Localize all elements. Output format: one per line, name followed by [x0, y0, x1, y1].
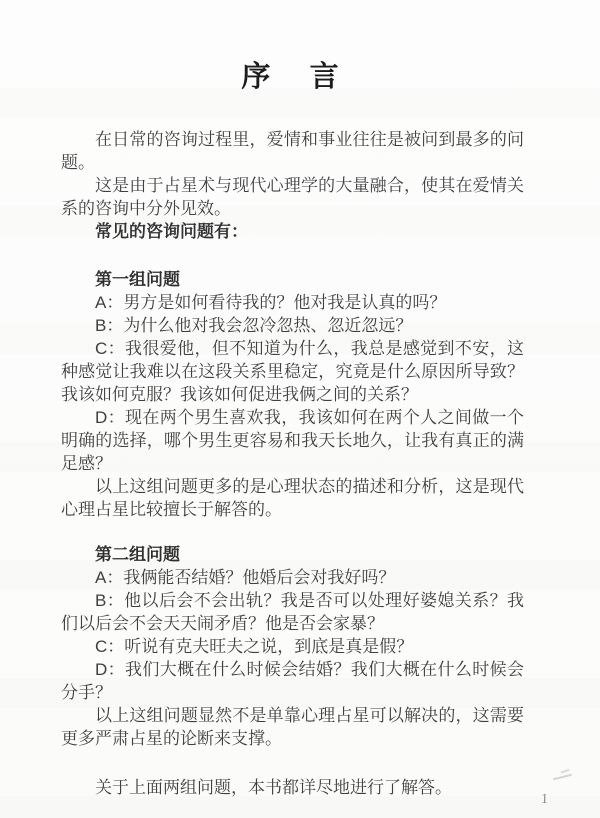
intro-paragraph-1: 在日常的咨询过程里，爱情和事业往往是被问到最多的问题。 — [61, 128, 524, 174]
group-2-heading: 第二组问题 — [61, 543, 524, 566]
closing-paragraph: 关于上面两组问题，本书都详尽地进行了解答。 — [61, 776, 524, 799]
group-2-question-d: D：我们大概在什么时候会结婚？我们大概在什么时候会分手？ — [61, 658, 524, 704]
page-number: 1 — [541, 792, 549, 808]
intro-lead-line: 常见的咨询问题有： — [61, 220, 524, 243]
book-page: 序 言 在日常的咨询过程里，爱情和事业往往是被问到最多的问题。 这是由于占星术与… — [0, 0, 600, 818]
group-2-summary: 以上这组问题显然不是单靠心理占星可以解决的，这需要更多严肃占星的论断来支撑。 — [61, 704, 524, 750]
group-1-question-c: C：我很爱他，但不知道为什么，我总是感觉到不安，这种感觉让我难以在这段关系里稳定… — [61, 337, 524, 406]
pen-scratch-mark — [553, 774, 572, 781]
question-group-1: 第一组问题 A：男方是如何看待我的？他对我是认真的吗？ B：为什么他对我会忽冷忽… — [61, 268, 524, 521]
group-1-heading: 第一组问题 — [61, 268, 524, 291]
page-body: 在日常的咨询过程里，爱情和事业往往是被问到最多的问题。 这是由于占星术与现代心理… — [61, 128, 524, 799]
group-2-question-c: C：听说有克夫旺夫之说，到底是真是假？ — [61, 635, 524, 658]
page-title: 序 言 — [61, 62, 524, 93]
question-group-2: 第二组问题 A：我俩能否结婚？他婚后会对我好吗？ B：他以后会不会出轨？我是否可… — [61, 543, 524, 750]
group-1-summary: 以上这组问题更多的是心理状态的描述和分析，这是现代心理占星比较擅长于解答的。 — [61, 475, 524, 521]
intro-paragraph-2: 这是由于占星术与现代心理学的大量融合，使其在爱情关系的咨询中分外见效。 — [61, 174, 524, 220]
group-1-question-b: B：为什么他对我会忽冷忽热、忽近忽远？ — [61, 314, 524, 337]
group-2-question-a: A：我俩能否结婚？他婚后会对我好吗？ — [61, 566, 524, 589]
group-1-question-d: D：现在两个男生喜欢我，我该如何在两个人之间做一个明确的选择，哪个男生更容易和我… — [61, 406, 524, 475]
group-2-question-b: B：他以后会不会出轨？我是否可以处理好婆媳关系？我们以后会不会天天闹矛盾？他是否… — [61, 589, 524, 635]
group-1-question-a: A：男方是如何看待我的？他对我是认真的吗？ — [61, 291, 524, 314]
